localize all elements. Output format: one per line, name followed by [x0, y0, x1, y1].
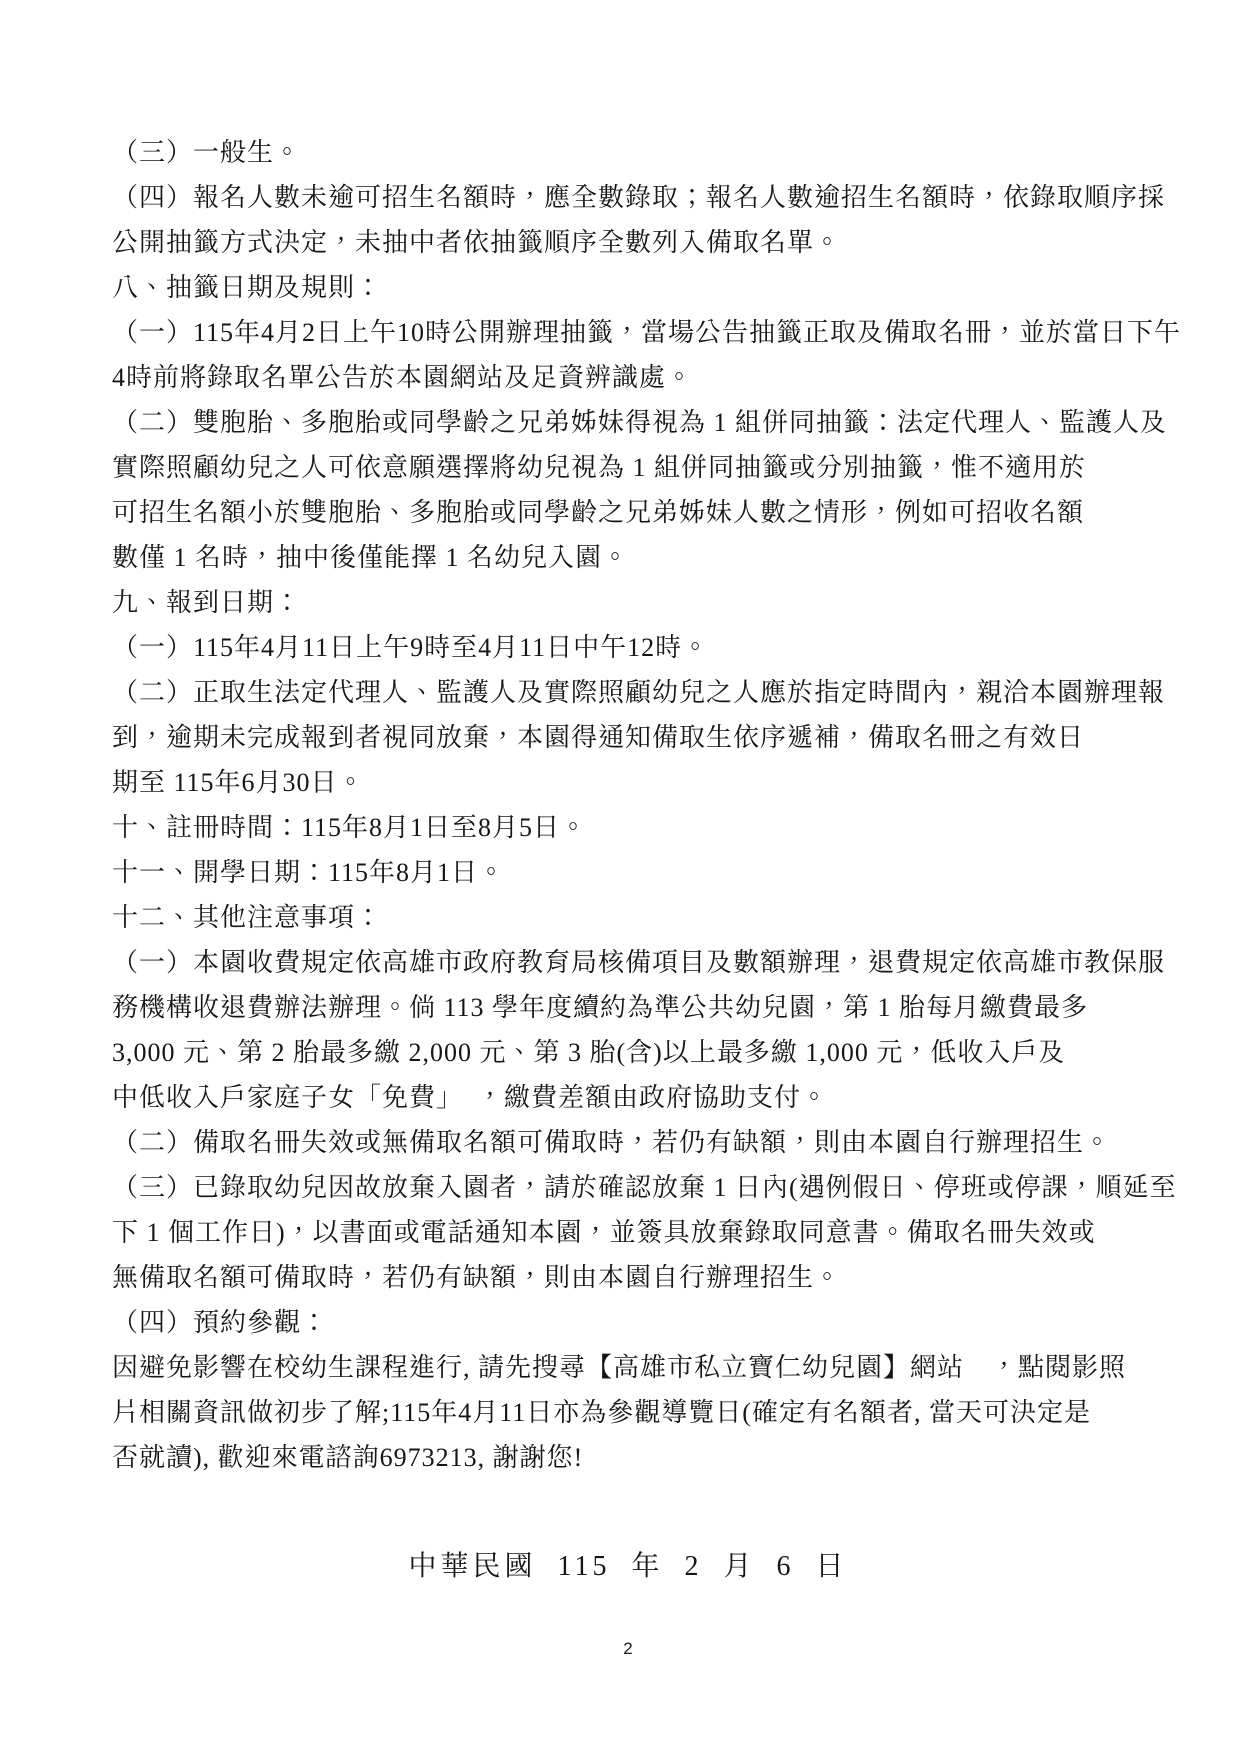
doc-line: 4時前將錄取名單公告於本園網站及足資辨識處。 — [112, 363, 1144, 393]
doc-line: 可招生名額小於雙胞胎、多胞胎或同學齡之兄弟姊妹人數之情形，例如可招收名額 — [112, 498, 1144, 528]
doc-line: 中低收入戶家庭子女「免費」 ，繳費差額由政府協助支付。 — [112, 1083, 1144, 1113]
doc-line: 下 1 個工作日)，以書面或電話通知本園，並簽具放棄錄取同意書。備取名冊失效或 — [112, 1218, 1144, 1248]
doc-line: 公開抽籤方式決定，未抽中者依抽籤順序全數列入備取名單。 — [112, 228, 1144, 258]
doc-line: 期至 115年6月30日。 — [112, 768, 1144, 798]
doc-line: 實際照顧幼兒之人可依意願選擇將幼兒視為 1 組併同抽籤或分別抽籤，惟不適用於 — [112, 453, 1144, 483]
doc-line: 務機構收退費辦法辦理。倘 113 學年度續約為準公共幼兒園，第 1 胎每月繳費最… — [112, 993, 1144, 1023]
visit-reservation-heading: （四）預約參觀： — [112, 1308, 1144, 1338]
doc-line: 無備取名額可備取時，若仍有缺額，則由本園自行辦理招生。 — [112, 1263, 1144, 1293]
section-11-heading: 十一、開學日期：115年8月1日。 — [112, 858, 1144, 888]
doc-line: （三）已錄取幼兒因故放棄入園者，請於確認放棄 1 日內(遇例假日、停班或停課，順… — [112, 1173, 1144, 1203]
section-12-heading: 十二、其他注意事項： — [112, 903, 1144, 933]
section-9-heading: 九、報到日期： — [112, 588, 1144, 618]
doc-line: （二）雙胞胎、多胞胎或同學齡之兄弟姊妹得視為 1 組併同抽籤：法定代理人、監護人… — [112, 408, 1144, 438]
doc-line: （二）正取生法定代理人、監護人及實際照顧幼兒之人應於指定時間內，親洽本園辦理報 — [112, 678, 1144, 708]
doc-line: 數僅 1 名時，抽中後僅能擇 1 名幼兒入園。 — [112, 543, 1144, 573]
page-number: 2 — [623, 1639, 632, 1658]
doc-line: （一）本園收費規定依高雄市政府教育局核備項目及數額辦理，退費規定依高雄市教保服 — [112, 948, 1144, 978]
doc-line: 3,000 元、第 2 胎最多繳 2,000 元、第 3 胎(含)以上最多繳 1… — [112, 1038, 1144, 1068]
roc-date-line: 中華民國 115 年 2 月 6 日 — [112, 1551, 1144, 1583]
page-footer: 2 — [112, 1639, 1144, 1659]
doc-note-line: 片相關資訊做初步了解;115年4月11日亦為參觀導覽日(確定有名額者, 當天可決… — [112, 1398, 1144, 1428]
doc-line: 到，逾期未完成報到者視同放棄，本園得通知備取生依序遞補，備取名冊之有效日 — [112, 723, 1144, 753]
doc-line: （一）115年4月2日上午10時公開辦理抽籤，當場公告抽籤正取及備取名冊，並於當… — [112, 318, 1144, 348]
section-10-heading: 十、註冊時間：115年8月1日至8月5日。 — [112, 813, 1144, 843]
doc-line: （四）報名人數未逾可招生名額時，應全數錄取；報名人數逾招生名額時，依錄取順序採 — [112, 183, 1144, 213]
document-page: （三）一般生。 （四）報名人數未逾可招生名額時，應全數錄取；報名人數逾招生名額時… — [0, 0, 1240, 1755]
section-8-heading: 八、抽籤日期及規則： — [112, 273, 1144, 303]
doc-line: （三）一般生。 — [112, 138, 1144, 168]
doc-line: （二）備取名冊失效或無備取名額可備取時，若仍有缺額，則由本園自行辦理招生。 — [112, 1128, 1144, 1158]
doc-line: （一）115年4月11日上午9時至4月11日中午12時。 — [112, 633, 1144, 663]
doc-note-line: 否就讀), 歡迎來電諮詢6973213, 謝謝您! — [112, 1443, 1144, 1473]
doc-note-line: 因避免影響在校幼生課程進行, 請先搜尋【高雄市私立寶仁幼兒園】網站 ，點閱影照 — [112, 1353, 1144, 1383]
